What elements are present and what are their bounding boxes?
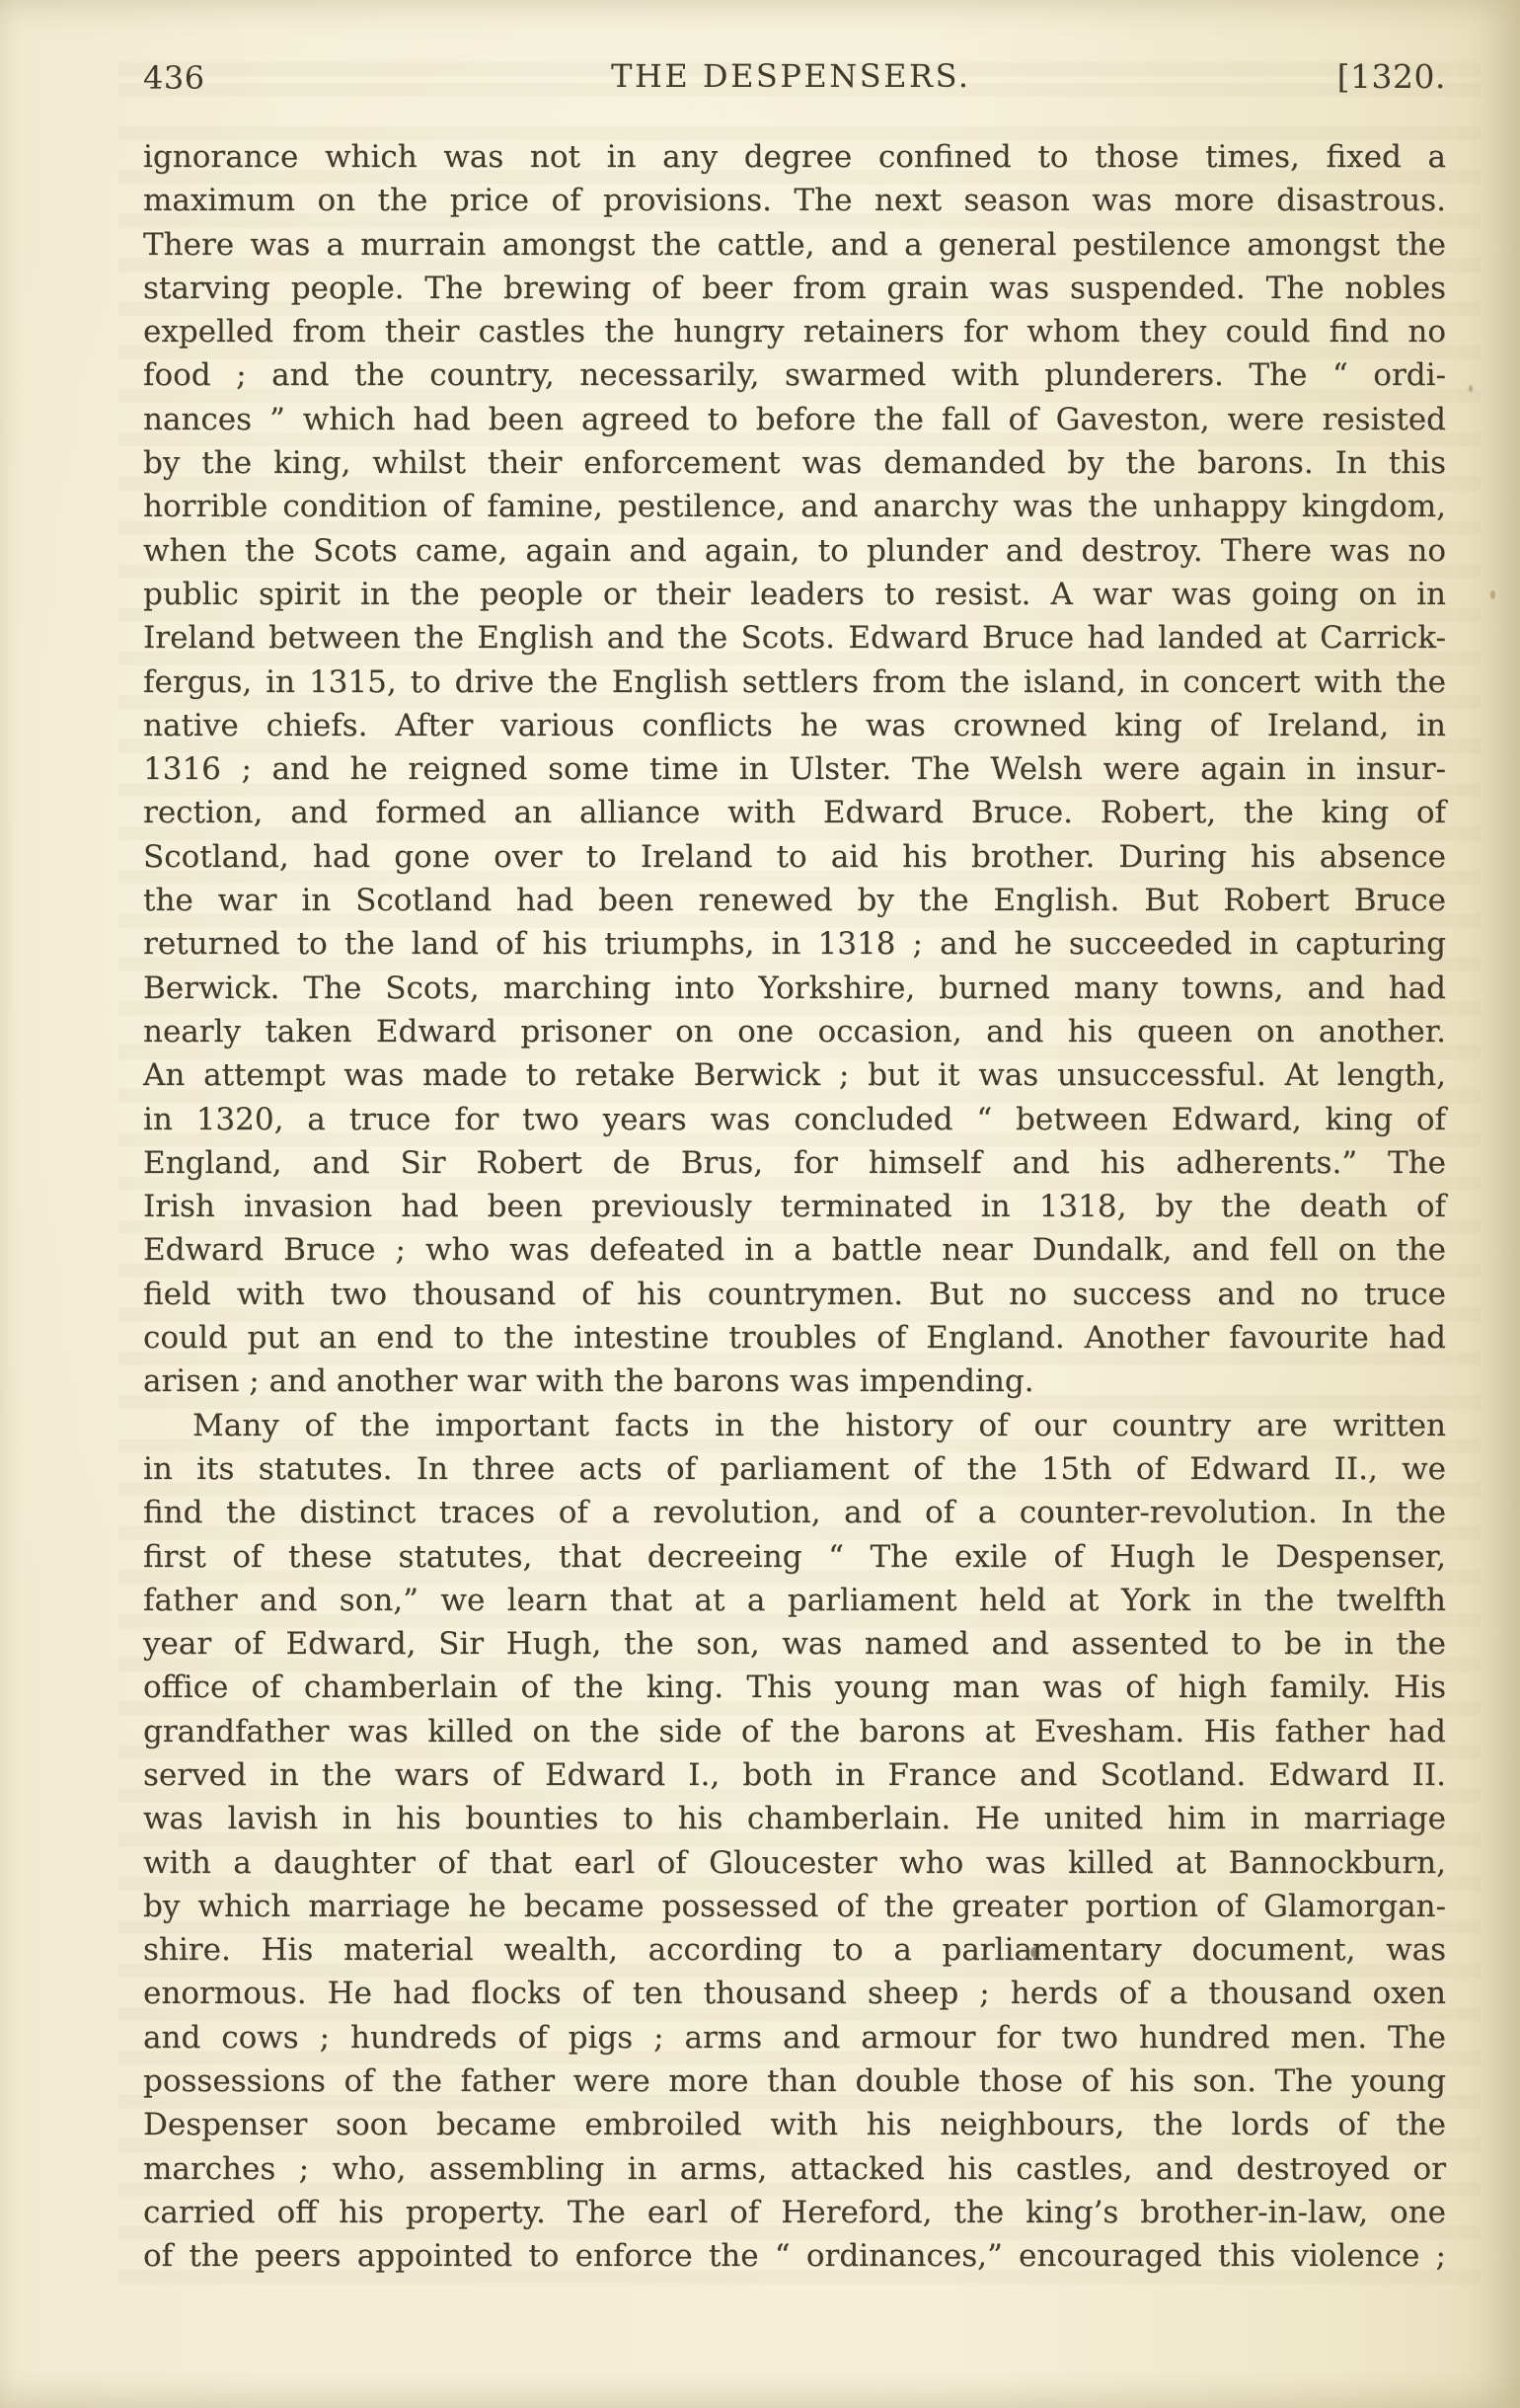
text-line: 1316 ; and he reigned some time in Ulste… xyxy=(143,747,1446,791)
text-line: Despenser soon became embroiled with his… xyxy=(143,2103,1446,2146)
text-line: Irish invasion had been previously termi… xyxy=(143,1185,1446,1228)
text-line: office of chamberlain of the king. This … xyxy=(143,1666,1446,1709)
text-line: year of Edward, Sir Hugh, the son, was n… xyxy=(143,1622,1446,1666)
text-line: Berwick. The Scots, marching into Yorksh… xyxy=(143,967,1446,1010)
text-line: nearly taken Edward prisoner on one occa… xyxy=(143,1010,1446,1053)
text-line: with a daughter of that earl of Gloucest… xyxy=(143,1841,1446,1885)
text-line: starving people. The brewing of beer fro… xyxy=(143,267,1446,310)
text-line: returned to the land of his triumphs, in… xyxy=(143,922,1446,966)
text-line: in its statutes. In three acts of parlia… xyxy=(143,1447,1446,1491)
text-line: by the king, whilst their enforcement wa… xyxy=(143,441,1446,485)
text-line: father and son,” we learn that at a parl… xyxy=(143,1579,1446,1622)
text-line: native chiefs. After various conflicts h… xyxy=(143,704,1446,747)
text-line: find the distinct traces of a revolution… xyxy=(143,1491,1446,1534)
text-line: served in the wars of Edward I., both in… xyxy=(143,1753,1446,1797)
text-line: marches ; who, assembling in arms, attac… xyxy=(143,2147,1446,2191)
text-line: expelled from their castles the hungry r… xyxy=(143,310,1446,353)
text-line: horrible condition of famine, pestilence… xyxy=(143,485,1446,528)
text-line: food ; and the country, necessarily, swa… xyxy=(143,353,1446,397)
text-line: ignorance which was not in any degree co… xyxy=(143,135,1446,179)
text-line: Many of the important facts in the histo… xyxy=(143,1404,1446,1447)
text-line: of the peers appointed to enforce the “ … xyxy=(143,2234,1446,2278)
text-line: There was a murrain amongst the cattle, … xyxy=(143,223,1446,267)
text-line: England, and Sir Robert de Brus, for him… xyxy=(143,1141,1446,1185)
text-line: field with two thousand of his countryme… xyxy=(143,1273,1446,1316)
page-number: 436 xyxy=(143,59,205,97)
text-line: the war in Scotland had been renewed by … xyxy=(143,879,1446,922)
text-line: Edward Bruce ; who was defeated in a bat… xyxy=(143,1228,1446,1272)
text-line: enormous. He had flocks of ten thousand … xyxy=(143,1972,1446,2015)
text-line: in 1320, a truce for two years was concl… xyxy=(143,1098,1446,1141)
text-line: by which marriage he became possessed of… xyxy=(143,1885,1446,1928)
year-marker: [1320. xyxy=(1337,57,1446,96)
text-line: public spirit in the people or their lea… xyxy=(143,573,1446,616)
paper-speck xyxy=(1469,385,1473,392)
text-line: was lavish in his bounties to his chambe… xyxy=(143,1797,1446,1840)
text-line: and cows ; hundreds of pigs ; arms and a… xyxy=(143,2016,1446,2059)
text-line: Scotland, had gone over to Ireland to ai… xyxy=(143,835,1446,879)
text-line: An attempt was made to retake Berwick ; … xyxy=(143,1053,1446,1097)
running-header: 436 THE DESPENSERS. [1320. xyxy=(143,57,1446,99)
text-line: Ireland between the English and the Scot… xyxy=(143,616,1446,660)
text-line: arisen ; and another war with the barons… xyxy=(143,1359,1446,1403)
text-line: nances ” which had been agreed to before… xyxy=(143,398,1446,441)
text-line: grandfather was killed on the side of th… xyxy=(143,1710,1446,1753)
text-line: fergus, in 1315, to drive the English se… xyxy=(143,660,1446,704)
text-line: rection, and formed an alliance with Edw… xyxy=(143,791,1446,834)
text-line: when the Scots came, again and again, to… xyxy=(143,529,1446,573)
text-line: carried off his property. The earl of He… xyxy=(143,2191,1446,2234)
text-line: could put an end to the intestine troubl… xyxy=(143,1316,1446,1359)
paper-speck xyxy=(1490,590,1495,599)
running-title: THE DESPENSERS. xyxy=(611,57,970,95)
text-line: first of these statutes, that decreeing … xyxy=(143,1535,1446,1579)
text-line: shire. His material wealth, according to… xyxy=(143,1928,1446,1972)
text-line: maximum on the price of provisions. The … xyxy=(143,179,1446,222)
book-page-scan: 436 THE DESPENSERS. [1320. ignorance whi… xyxy=(0,0,1520,2408)
text-line: possessions of the father were more than… xyxy=(143,2059,1446,2103)
page-body: ignorance which was not in any degree co… xyxy=(143,135,1446,2279)
